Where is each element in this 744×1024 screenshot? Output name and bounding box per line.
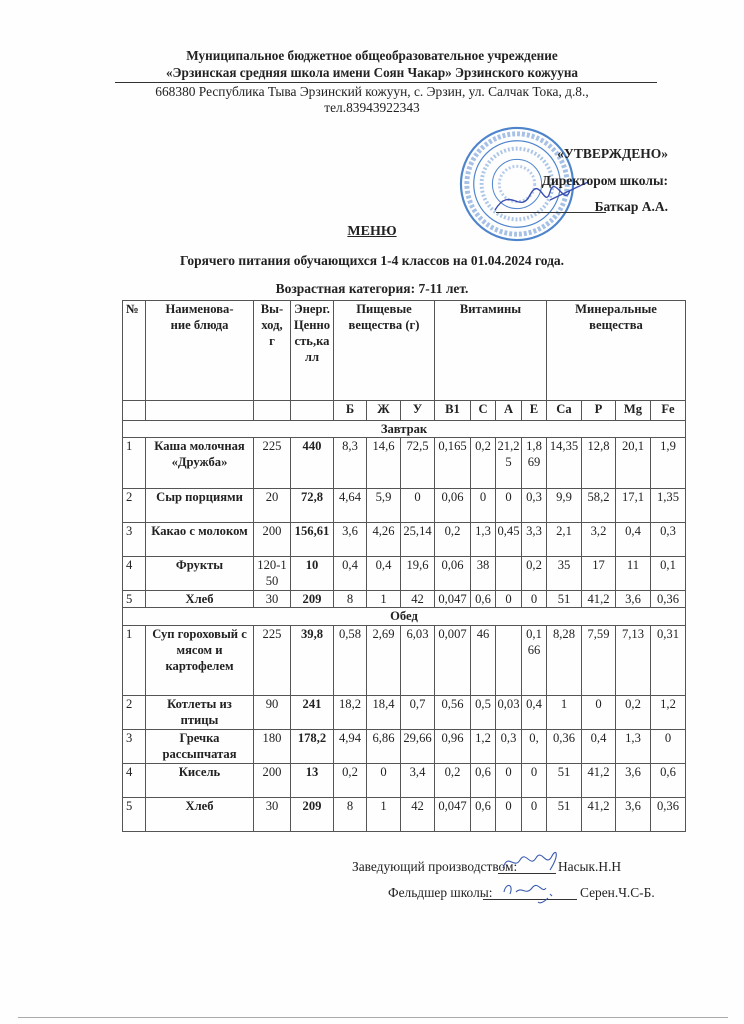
cell-b: 8,3 [334,438,367,489]
cell-energy: 156,61 [291,523,334,557]
cell-mg: 3,6 [616,591,651,608]
cell-c: 0,6 [471,764,496,798]
cell-u: 72,5 [401,438,435,489]
header-num: № [123,301,146,401]
page-bottom-edge [18,1017,728,1018]
cell-b1: 0,56 [435,696,471,730]
cell-energy: 241 [291,696,334,730]
cell-a [496,626,522,696]
subheader-c: C [471,401,496,421]
director-signature-line [496,212,606,213]
cell-e: 1,869 [522,438,547,489]
cell-ca: 51 [547,764,582,798]
cell-u: 42 [401,591,435,608]
cell-zh: 2,69 [367,626,401,696]
cell-yield: 200 [254,764,291,798]
cell-e: 0 [522,798,547,832]
table-row: 4Кисель200130,203,40,20,6005141,23,60,6 [123,764,686,798]
cell-mg: 3,6 [616,798,651,832]
medic-signature-icon [500,878,560,904]
table-row: 1Суп гороховый с мясом и картофелем22539… [123,626,686,696]
cell-yield: 20 [254,489,291,523]
cell-name: Суп гороховый с мясом и картофелем [146,626,254,696]
subheader-u: У [401,401,435,421]
cell-b1: 0,96 [435,730,471,764]
subheader-b: Б [334,401,367,421]
subheader-e: E [522,401,547,421]
cell-a: 0 [496,798,522,832]
cell-c: 1,3 [471,523,496,557]
cell-e: 0,2 [522,557,547,591]
cell-b1: 0,047 [435,798,471,832]
table-row: 5Хлеб3020981420,0470,6005141,23,60,36 [123,591,686,608]
cell-c: 38 [471,557,496,591]
cell-a [496,557,522,591]
cell-c: 1,2 [471,730,496,764]
cell-yield: 225 [254,626,291,696]
cell-b: 18,2 [334,696,367,730]
cell-u: 0 [401,489,435,523]
cell-e: 0,4 [522,696,547,730]
cell-fe: 0,3 [651,523,686,557]
cell-energy: 72,8 [291,489,334,523]
cell-b: 4,94 [334,730,367,764]
org-address: 668380 Республика Тыва Эрзинский кожуун,… [0,84,744,116]
cell-mg: 3,6 [616,764,651,798]
cell-zh: 0 [367,764,401,798]
cell-b: 0,58 [334,626,367,696]
cell-zh: 6,86 [367,730,401,764]
cell-zh: 0,4 [367,557,401,591]
cell-yield: 30 [254,798,291,832]
cell-c: 0,6 [471,591,496,608]
medic-label: Фельдшер школы: [388,885,492,901]
cell-zh: 1 [367,798,401,832]
header-nutrients: Пищевые вещества (г) [334,301,435,401]
section-header-row: Обед [123,608,686,626]
cell-fe: 0,1 [651,557,686,591]
cell-mg: 11 [616,557,651,591]
header-minerals: Минеральные вещества [547,301,686,401]
cell-b1: 0,2 [435,764,471,798]
cell-name: Какао с молоком [146,523,254,557]
cell-p: 41,2 [582,591,616,608]
cell-mg: 0,4 [616,523,651,557]
cell-e: 3,3 [522,523,547,557]
table-row: 3Гречка рассыпчатая180178,24,946,8629,66… [123,730,686,764]
address-phone: тел.83943922343 [0,100,744,116]
cell-c: 0,6 [471,798,496,832]
cell-a: 0 [496,489,522,523]
table-row: 1Каша молочная «Дружба»2254408,314,672,5… [123,438,686,489]
cell-zh: 5,9 [367,489,401,523]
cell-yield: 120-150 [254,557,291,591]
cell-b: 8 [334,798,367,832]
cell-a: 0,3 [496,730,522,764]
section-title: Обед [123,608,686,626]
cell-p: 12,8 [582,438,616,489]
page-title: МЕНЮ [0,224,744,240]
cell-p: 0 [582,696,616,730]
cell-e: 0, [522,730,547,764]
cell-num: 2 [123,696,146,730]
cell-u: 3,4 [401,764,435,798]
cell-num: 2 [123,489,146,523]
cell-b: 4,64 [334,489,367,523]
subheader-zh: Ж [367,401,401,421]
cell-fe: 0,31 [651,626,686,696]
subheader-mg: Mg [616,401,651,421]
table-row: 4Фрукты120-150100,40,419,60,06380,235171… [123,557,686,591]
cell-a: 21,25 [496,438,522,489]
cell-mg: 20,1 [616,438,651,489]
cell-u: 19,6 [401,557,435,591]
header-divider [115,82,657,83]
cell-ca: 35 [547,557,582,591]
production-head-name: Насык.Н.Н [558,859,621,875]
cell-fe: 1,35 [651,489,686,523]
cell-a: 0,03 [496,696,522,730]
subheader-p: P [582,401,616,421]
cell-num: 1 [123,626,146,696]
cell-energy: 209 [291,798,334,832]
cell-ca: 51 [547,798,582,832]
medic-name: Серен.Ч.С-Б. [580,885,655,901]
header-vitamins: Витамины [435,301,547,401]
subheader-b1: B1 [435,401,471,421]
cell-p: 3,2 [582,523,616,557]
cell-energy: 178,2 [291,730,334,764]
header-name: Наименова-ние блюда [146,301,254,401]
cell-fe: 1,9 [651,438,686,489]
age-category: Возрастная категория: 7-11 лет. [0,281,744,297]
cell-num: 3 [123,730,146,764]
section-title: Завтрак [123,421,686,438]
cell-energy: 39,8 [291,626,334,696]
header-energy: Энерг. Ценность,калл [291,301,334,401]
table-header-row: № Наименова-ние блюда Вы-ход, г Энерг. Ц… [123,301,686,401]
header-yield: Вы-ход, г [254,301,291,401]
cell-b1: 0,06 [435,557,471,591]
table-row: 2Сыр порциями2072,84,645,900,06000,39,95… [123,489,686,523]
cell-name: Гречка рассыпчатая [146,730,254,764]
cell-b1: 0,047 [435,591,471,608]
cell-u: 29,66 [401,730,435,764]
cell-name: Сыр порциями [146,489,254,523]
cell-num: 1 [123,438,146,489]
cell-p: 41,2 [582,764,616,798]
cell-name: Котлеты из птицы [146,696,254,730]
cell-c: 46 [471,626,496,696]
cell-e: 0,3 [522,489,547,523]
cell-fe: 0,6 [651,764,686,798]
cell-num: 4 [123,557,146,591]
cell-fe: 0 [651,730,686,764]
cell-u: 6,03 [401,626,435,696]
cell-energy: 209 [291,591,334,608]
cell-ca: 8,28 [547,626,582,696]
cell-name: Каша молочная «Дружба» [146,438,254,489]
subheader-a: A [496,401,522,421]
cell-ca: 2,1 [547,523,582,557]
cell-yield: 200 [254,523,291,557]
cell-ca: 1 [547,696,582,730]
subheader-ca: Ca [547,401,582,421]
cell-fe: 1,2 [651,696,686,730]
cell-mg: 1,3 [616,730,651,764]
cell-p: 0,4 [582,730,616,764]
cell-yield: 225 [254,438,291,489]
cell-zh: 18,4 [367,696,401,730]
cell-c: 0,5 [471,696,496,730]
cell-mg: 17,1 [616,489,651,523]
approval-title: «УТВЕРЖДЕНО» [557,146,668,162]
cell-name: Кисель [146,764,254,798]
cell-p: 41,2 [582,798,616,832]
subheader-fe: Fe [651,401,686,421]
cell-a: 0 [496,591,522,608]
org-name-line1: Муниципальное бюджетное общеобразователь… [0,48,744,64]
table-subheader-row: Б Ж У B1 C A E Ca P Mg Fe [123,401,686,421]
cell-a: 0 [496,764,522,798]
cell-fe: 0,36 [651,591,686,608]
cell-b1: 0,165 [435,438,471,489]
cell-e: 0 [522,764,547,798]
table-row: 2Котлеты из птицы9024118,218,40,70,560,5… [123,696,686,730]
medic-signature-line [483,899,577,900]
cell-b: 3,6 [334,523,367,557]
section-header-row: Завтрак [123,421,686,438]
table-row: 5Хлеб3020981420,0470,6005141,23,60,36 [123,798,686,832]
cell-num: 4 [123,764,146,798]
cell-zh: 4,26 [367,523,401,557]
cell-name: Хлеб [146,798,254,832]
cell-zh: 1 [367,591,401,608]
table-row: 3Какао с молоком200156,613,64,2625,140,2… [123,523,686,557]
cell-name: Хлеб [146,591,254,608]
cell-u: 0,7 [401,696,435,730]
menu-table: № Наименова-ние блюда Вы-ход, г Энерг. Ц… [122,300,686,832]
approval-role: Директором школы: [542,173,668,189]
cell-e: 0,166 [522,626,547,696]
cell-ca: 0,36 [547,730,582,764]
menu-subtitle: Горячего питания обучающихся 1-4 классов… [0,253,744,269]
production-head-label: Заведующий производством: [352,859,517,875]
cell-b1: 0,06 [435,489,471,523]
cell-ca: 9,9 [547,489,582,523]
cell-num: 5 [123,591,146,608]
cell-energy: 10 [291,557,334,591]
cell-yield: 180 [254,730,291,764]
cell-u: 42 [401,798,435,832]
cell-yield: 30 [254,591,291,608]
cell-b: 8 [334,591,367,608]
cell-c: 0 [471,489,496,523]
cell-p: 17 [582,557,616,591]
cell-fe: 0,36 [651,798,686,832]
production-signature-line [498,873,556,874]
cell-b1: 0,007 [435,626,471,696]
cell-zh: 14,6 [367,438,401,489]
cell-num: 3 [123,523,146,557]
cell-ca: 51 [547,591,582,608]
cell-name: Фрукты [146,557,254,591]
org-name-line2: «Эрзинская средняя школа имени Соян Чака… [0,65,744,81]
cell-a: 0,45 [496,523,522,557]
cell-num: 5 [123,798,146,832]
cell-b: 0,4 [334,557,367,591]
cell-yield: 90 [254,696,291,730]
cell-mg: 0,2 [616,696,651,730]
address-line1: 668380 Республика Тыва Эрзинский кожуун,… [0,84,744,100]
cell-b: 0,2 [334,764,367,798]
cell-e: 0 [522,591,547,608]
cell-energy: 13 [291,764,334,798]
cell-ca: 14,35 [547,438,582,489]
cell-u: 25,14 [401,523,435,557]
menu-table-body: Завтрак1Каша молочная «Дружба»2254408,31… [123,421,686,832]
cell-p: 7,59 [582,626,616,696]
cell-energy: 440 [291,438,334,489]
cell-b1: 0,2 [435,523,471,557]
cell-c: 0,2 [471,438,496,489]
cell-mg: 7,13 [616,626,651,696]
cell-p: 58,2 [582,489,616,523]
